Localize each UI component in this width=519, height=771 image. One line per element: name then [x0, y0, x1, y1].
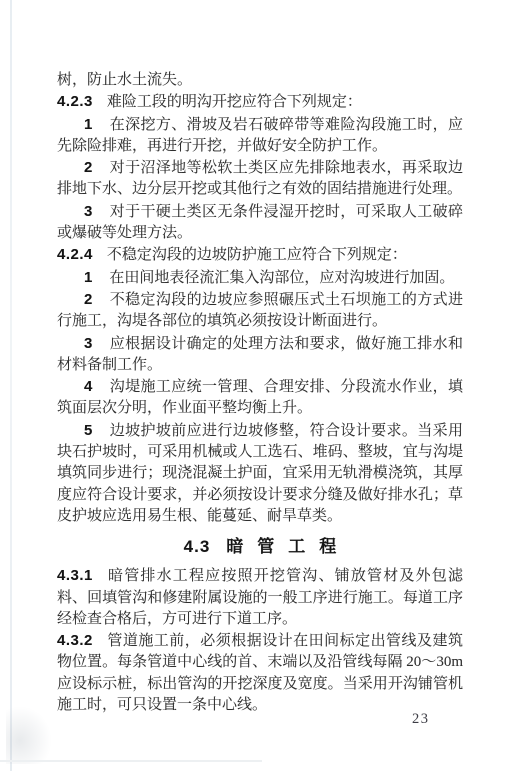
- clause-text: 暗管排水工程应按照开挖管沟、铺放管材及外包滤料、回填管沟和修建附属设施的一般工序…: [57, 568, 463, 627]
- section-heading-number: 4.3: [184, 537, 211, 556]
- list-item: 1在深挖方、滑坡及岩石破碎带等难险沟段施工时，应先除险排难，再进行开挖，并做好安…: [57, 114, 463, 158]
- list-item: 2不稳定沟段的边坡应参照碾压式土石坝施工的方式进行施工，沟堤各部位的填筑必须按设…: [57, 289, 463, 333]
- scan-edge-line: [10, 0, 12, 771]
- list-item: 3对于干硬土类区无条件浸湿开挖时，可采取人工破碎或爆破等处理方法。: [57, 201, 463, 245]
- item-number: 1: [84, 116, 92, 133]
- clause-4-3-1: 4.3.1暗管排水工程应按照开挖管沟、铺放管材及外包滤料、回填管沟和修建附属设施…: [57, 565, 463, 630]
- item-number: 1: [84, 269, 92, 286]
- clause-text: 管道施工前，必须根据设计在田间标定出管线及建筑物位置。每条管道中心线的首、末端以…: [57, 633, 463, 713]
- item-text: 不稳定沟段的边坡应参照碾压式土石坝施工的方式进行施工，沟堤各部位的填筑必须按设计…: [57, 292, 463, 329]
- list-item: 1在田间地表径流汇集入沟部位，应对沟坡进行加固。: [57, 267, 463, 289]
- section-heading-title: 暗管工程: [226, 537, 350, 556]
- item-text: 对于沼泽地等松软土类区应先排除地表水，再采取边排地下水、边分层开挖或其他行之有效…: [57, 160, 463, 197]
- list-item: 4沟堤施工应统一管理、合理安排、分段流水作业，填筑面层次分明，作业面平整均衡上升…: [57, 376, 463, 420]
- clause-text: 难险工段的明沟开挖应符合下列规定：: [107, 94, 362, 110]
- page-content: 树，防止水土流失。 4.2.3难险工段的明沟开挖应符合下列规定： 1在深挖方、滑…: [57, 70, 463, 716]
- list-item: 2对于沼泽地等松软土类区应先排除地表水，再采取边排地下水、边分层开挖或其他行之有…: [57, 157, 463, 201]
- document-page: 树，防止水土流失。 4.2.3难险工段的明沟开挖应符合下列规定： 1在深挖方、滑…: [0, 0, 519, 771]
- item-text: 应根据设计确定的处理方法和要求，做好施工排水和材料备制工作。: [57, 336, 463, 373]
- clause-4-2-4: 4.2.4不稳定沟段的边坡防护施工应符合下列规定：: [57, 244, 463, 266]
- scan-bottom-line: [0, 760, 262, 762]
- scan-artifact: [6, 706, 52, 764]
- page-number: 23: [412, 711, 430, 728]
- item-number: 3: [84, 203, 92, 220]
- section-heading: 4.3暗管工程: [57, 536, 463, 558]
- clause-number: 4.2.3: [57, 93, 93, 110]
- clause-number: 4.3.1: [57, 567, 93, 584]
- item-text: 边坡护坡前应进行边坡修整，符合设计要求。当采用块石护坡时，可采用机械或人工选石、…: [57, 423, 463, 524]
- item-number: 2: [84, 159, 92, 176]
- item-number: 2: [84, 291, 92, 308]
- item-number: 3: [84, 335, 92, 352]
- clause-4-2-3: 4.2.3难险工段的明沟开挖应符合下列规定：: [57, 91, 463, 113]
- paragraph-continuation: 树，防止水土流失。: [57, 70, 463, 91]
- item-text: 在深挖方、滑坡及岩石破碎带等难险沟段施工时，应先除险排难，再进行开挖，并做好安全…: [57, 117, 463, 154]
- list-item: 5边坡护坡前应进行边坡修整，符合设计要求。当采用块石护坡时，可采用机械或人工选石…: [57, 420, 463, 527]
- list-item: 3应根据设计确定的处理方法和要求，做好施工排水和材料备制工作。: [57, 333, 463, 377]
- clause-text: 不稳定沟段的边坡防护施工应符合下列规定：: [107, 247, 407, 263]
- clause-4-3-2: 4.3.2管道施工前，必须根据设计在田间标定出管线及建筑物位置。每条管道中心线的…: [57, 630, 463, 716]
- item-number: 4: [84, 378, 92, 395]
- item-text: 在田间地表径流汇集入沟部位，应对沟坡进行加固。: [109, 270, 454, 286]
- item-number: 5: [84, 422, 92, 439]
- clause-number: 4.2.4: [57, 246, 93, 263]
- item-text: 沟堤施工应统一管理、合理安排、分段流水作业，填筑面层次分明，作业面平整均衡上升。: [57, 379, 463, 416]
- item-text: 对于干硬土类区无条件浸湿开挖时，可采取人工破碎或爆破等处理方法。: [57, 204, 463, 241]
- clause-number: 4.3.2: [57, 632, 93, 649]
